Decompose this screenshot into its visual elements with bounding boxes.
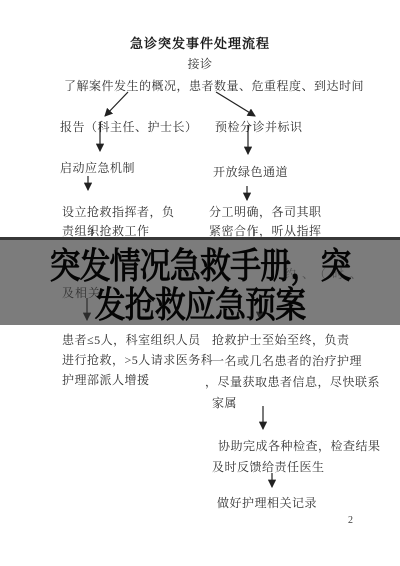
- step-overview: 了解案件发生的概况，患者数量、危重程度、到达时间: [64, 79, 364, 93]
- step-rescue-commander: 设立抢救指挥者，负 责组织抢救工作: [62, 203, 175, 241]
- page-number: 2: [348, 515, 353, 526]
- step-rescue-nurse-line3: ，尽量获取患者信息，尽快联系: [205, 372, 380, 393]
- banner-headline: 突发情况急救手册，突 发抢救应急预案: [28, 246, 372, 324]
- step-division-line1: 分工明确，各司其职: [209, 203, 322, 222]
- step-rescue-commander-line1: 设立抢救指挥者，负: [62, 203, 175, 222]
- step-patient-count-line2: 进行抢救，>5人请求医务科: [62, 350, 213, 370]
- page-title: 急诊突发事件处理流程: [0, 33, 400, 52]
- headline-banner: 及相关 约、（时、 突发情况急救手册，突 发抢救应急预案: [0, 237, 400, 325]
- step-green-channel: 开放绿色通道: [213, 165, 288, 179]
- arrow-to-triage: [216, 92, 255, 116]
- step-patient-count-rule: 患者≤5人，科室组织人员 进行抢救，>5人请求医务科 护理部派人增援: [62, 330, 213, 390]
- step-assist-exams: 协助完成各种检查，检查结果 及时反馈给责任医生: [212, 436, 381, 478]
- step-reception: 接诊: [0, 57, 400, 71]
- banner-headline-line2: 发抢救应急预案: [28, 285, 372, 324]
- step-rescue-nurse-line1: 抢救护士至始至终，负责: [205, 330, 380, 351]
- step-assist-exams-line1: 协助完成各种检查，检查结果: [212, 436, 381, 457]
- step-activate-emergency: 启动应急机制: [60, 161, 135, 175]
- step-nursing-records: 做好护理相关记录: [217, 496, 317, 510]
- arrow-to-report: [105, 92, 128, 116]
- banner-headline-line1: 突发情况急救手册，突: [28, 246, 372, 285]
- step-rescue-nurse: 抢救护士至始至终，负责 一名或几名患者的治疗护理 ，尽量获取患者信息，尽快联系 …: [205, 330, 380, 414]
- step-patient-count-line3: 护理部派人增援: [62, 370, 213, 390]
- step-report: 报告（科主任、护士长）: [60, 120, 198, 134]
- step-division-of-labor: 分工明确，各司其职 紧密合作，听从指挥: [209, 203, 322, 241]
- step-rescue-nurse-line4: 家属: [205, 393, 380, 414]
- step-patient-count-line1: 患者≤5人，科室组织人员: [62, 330, 213, 350]
- step-triage: 预检分诊并标识: [215, 120, 303, 134]
- step-assist-exams-line2: 及时反馈给责任医生: [212, 457, 381, 478]
- step-rescue-nurse-line2: 一名或几名患者的治疗护理: [205, 351, 380, 372]
